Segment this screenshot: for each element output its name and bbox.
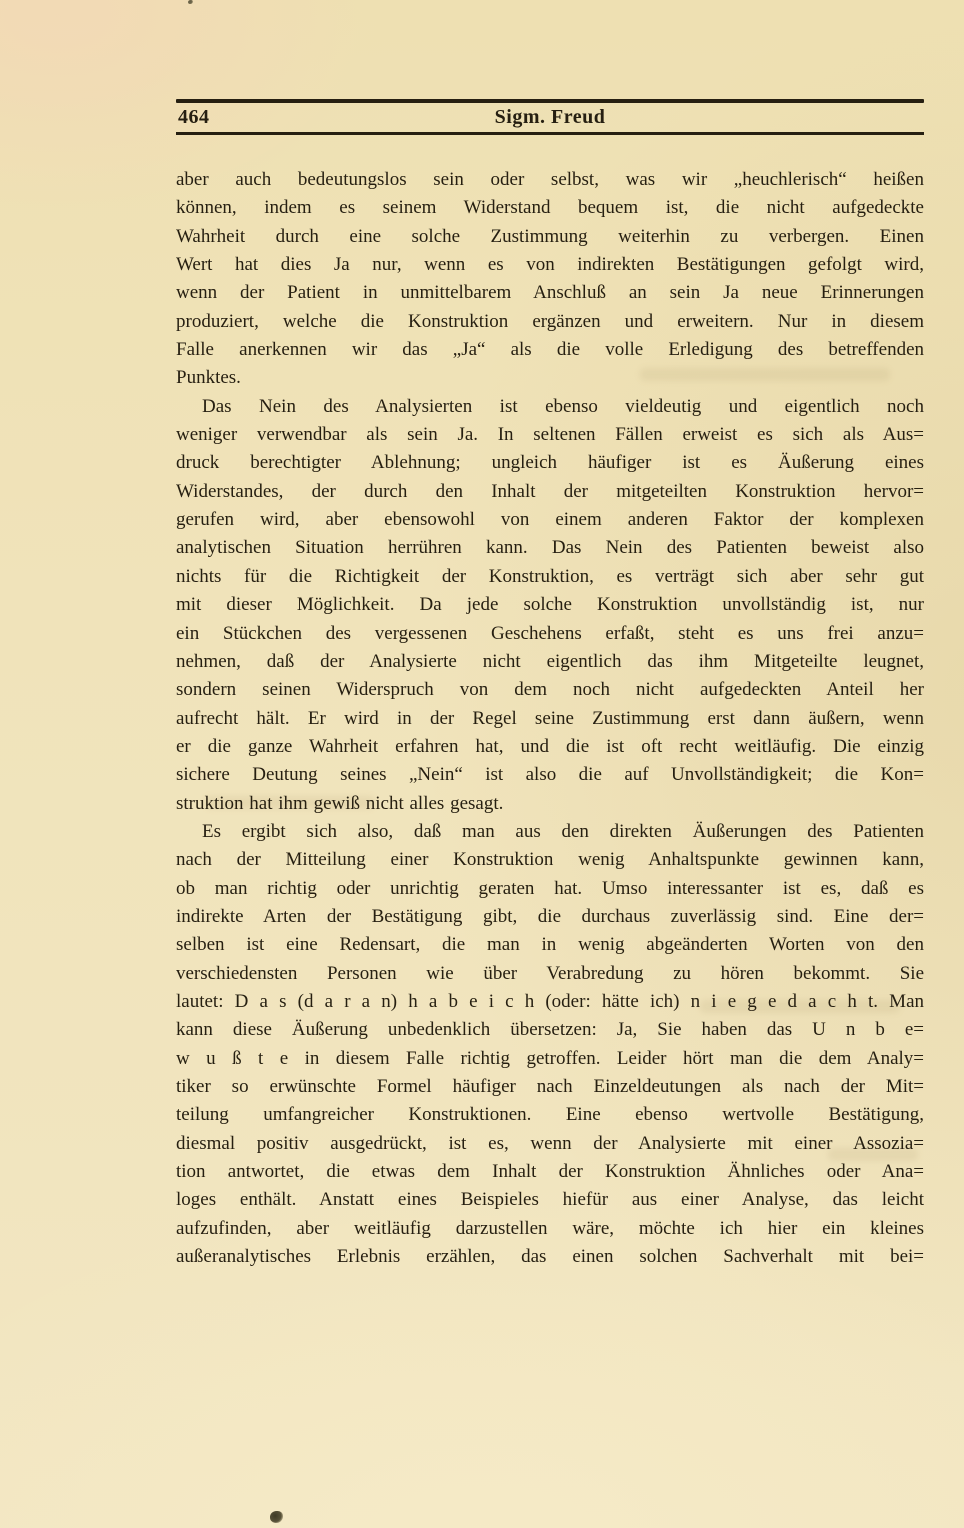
text-line: wenn der Patient in unmittelbarem Anschl… [176, 279, 924, 307]
text-line: produziert, welche die Konstruktion ergä… [176, 308, 924, 336]
text-line: Punktes. [176, 364, 924, 392]
text-line: sichere Deutung seines „Nein“ ist also d… [176, 761, 924, 789]
text-line: außeranalytisches Erlebnis erzählen, das… [176, 1243, 924, 1271]
paragraph: aber auch bedeutungslos sein oder selbst… [176, 166, 924, 393]
text-line: aufzufinden, aber weitläufig darzustelle… [176, 1215, 924, 1243]
text-line: aber auch bedeutungslos sein oder selbst… [176, 166, 924, 194]
text-line: nehmen, daß der Analysierte nicht eigent… [176, 648, 924, 676]
header-row: 464 Sigm. Freud [176, 103, 924, 132]
text-line: lautet: D a s (d a r a n) h a b e i c h … [176, 988, 924, 1016]
ink-speck-artifact [188, 0, 193, 4]
text-line: analytischen Situation herrühren kann. D… [176, 534, 924, 562]
text-line: ob man richtig oder unrichtig geraten ha… [176, 875, 924, 903]
header-rule-bottom [176, 132, 924, 135]
text-line: struktion hat ihm gewiß nicht alles gesa… [176, 790, 924, 818]
text-line: w u ß t e in diesem Falle richtig getrof… [176, 1045, 924, 1073]
text-line: selben ist eine Redensart, die man in we… [176, 931, 924, 959]
text-line: Das Nein des Analysierten ist ebenso vie… [176, 393, 924, 421]
book-page: 464 Sigm. Freud aber auch bedeutungslos … [0, 0, 964, 1528]
text-line: ein Stückchen des vergessenen Geschehens… [176, 620, 924, 648]
text-line: loges enthält. Anstatt eines Beispieles … [176, 1186, 924, 1214]
text-line: mit dieser Möglichkeit. Da jede solche K… [176, 591, 924, 619]
text-line: Wahrheit durch eine solche Zustimmung we… [176, 223, 924, 251]
text-line: teilung umfangreicher Konstruktionen. Ei… [176, 1101, 924, 1129]
body-text: aber auch bedeutungslos sein oder selbst… [176, 166, 924, 1271]
paragraph: Das Nein des Analysierten ist ebenso vie… [176, 393, 924, 818]
text-line: Es ergibt sich also, daß man aus den dir… [176, 818, 924, 846]
text-line: gerufen wird, aber ebensowohl von einem … [176, 506, 924, 534]
text-line: Falle anerkennen wir das „Ja“ als die vo… [176, 336, 924, 364]
page-header: 464 Sigm. Freud [176, 99, 924, 135]
text-line: tion antwortet, die etwas dem Inhalt der… [176, 1158, 924, 1186]
text-line: nach der Mitteilung einer Konstruktion w… [176, 846, 924, 874]
text-line: aufrecht hält. Er wird in der Regel sein… [176, 705, 924, 733]
text-line: er die ganze Wahrheit erfahren hat, und … [176, 733, 924, 761]
text-line: druck berechtigter Ablehnung; ungleich h… [176, 449, 924, 477]
text-line: weniger verwendbar als sein Ja. In selte… [176, 421, 924, 449]
running-head: Sigm. Freud [176, 103, 924, 132]
text-line: tiker so erwünschte Formel häufiger nach… [176, 1073, 924, 1101]
text-line: können, indem es seinem Widerstand beque… [176, 194, 924, 222]
text-line: indirekte Arten der Bestätigung gibt, di… [176, 903, 924, 931]
text-line: nichts für die Richtigkeit der Konstrukt… [176, 563, 924, 591]
text-line: verschiedensten Personen wie über Verabr… [176, 960, 924, 988]
text-line: kann diese Äußerung unbedenklich überset… [176, 1016, 924, 1044]
text-line: diesmal positiv ausgedrückt, ist es, wen… [176, 1130, 924, 1158]
ink-speck-artifact [270, 1511, 283, 1523]
paragraph: Es ergibt sich also, daß man aus den dir… [176, 818, 924, 1272]
text-line: sondern seinen Widerspruch von dem noch … [176, 676, 924, 704]
text-line: Wert hat dies Ja nur, wenn es von indire… [176, 251, 924, 279]
text-line: Widerstandes, der durch den Inhalt der m… [176, 478, 924, 506]
